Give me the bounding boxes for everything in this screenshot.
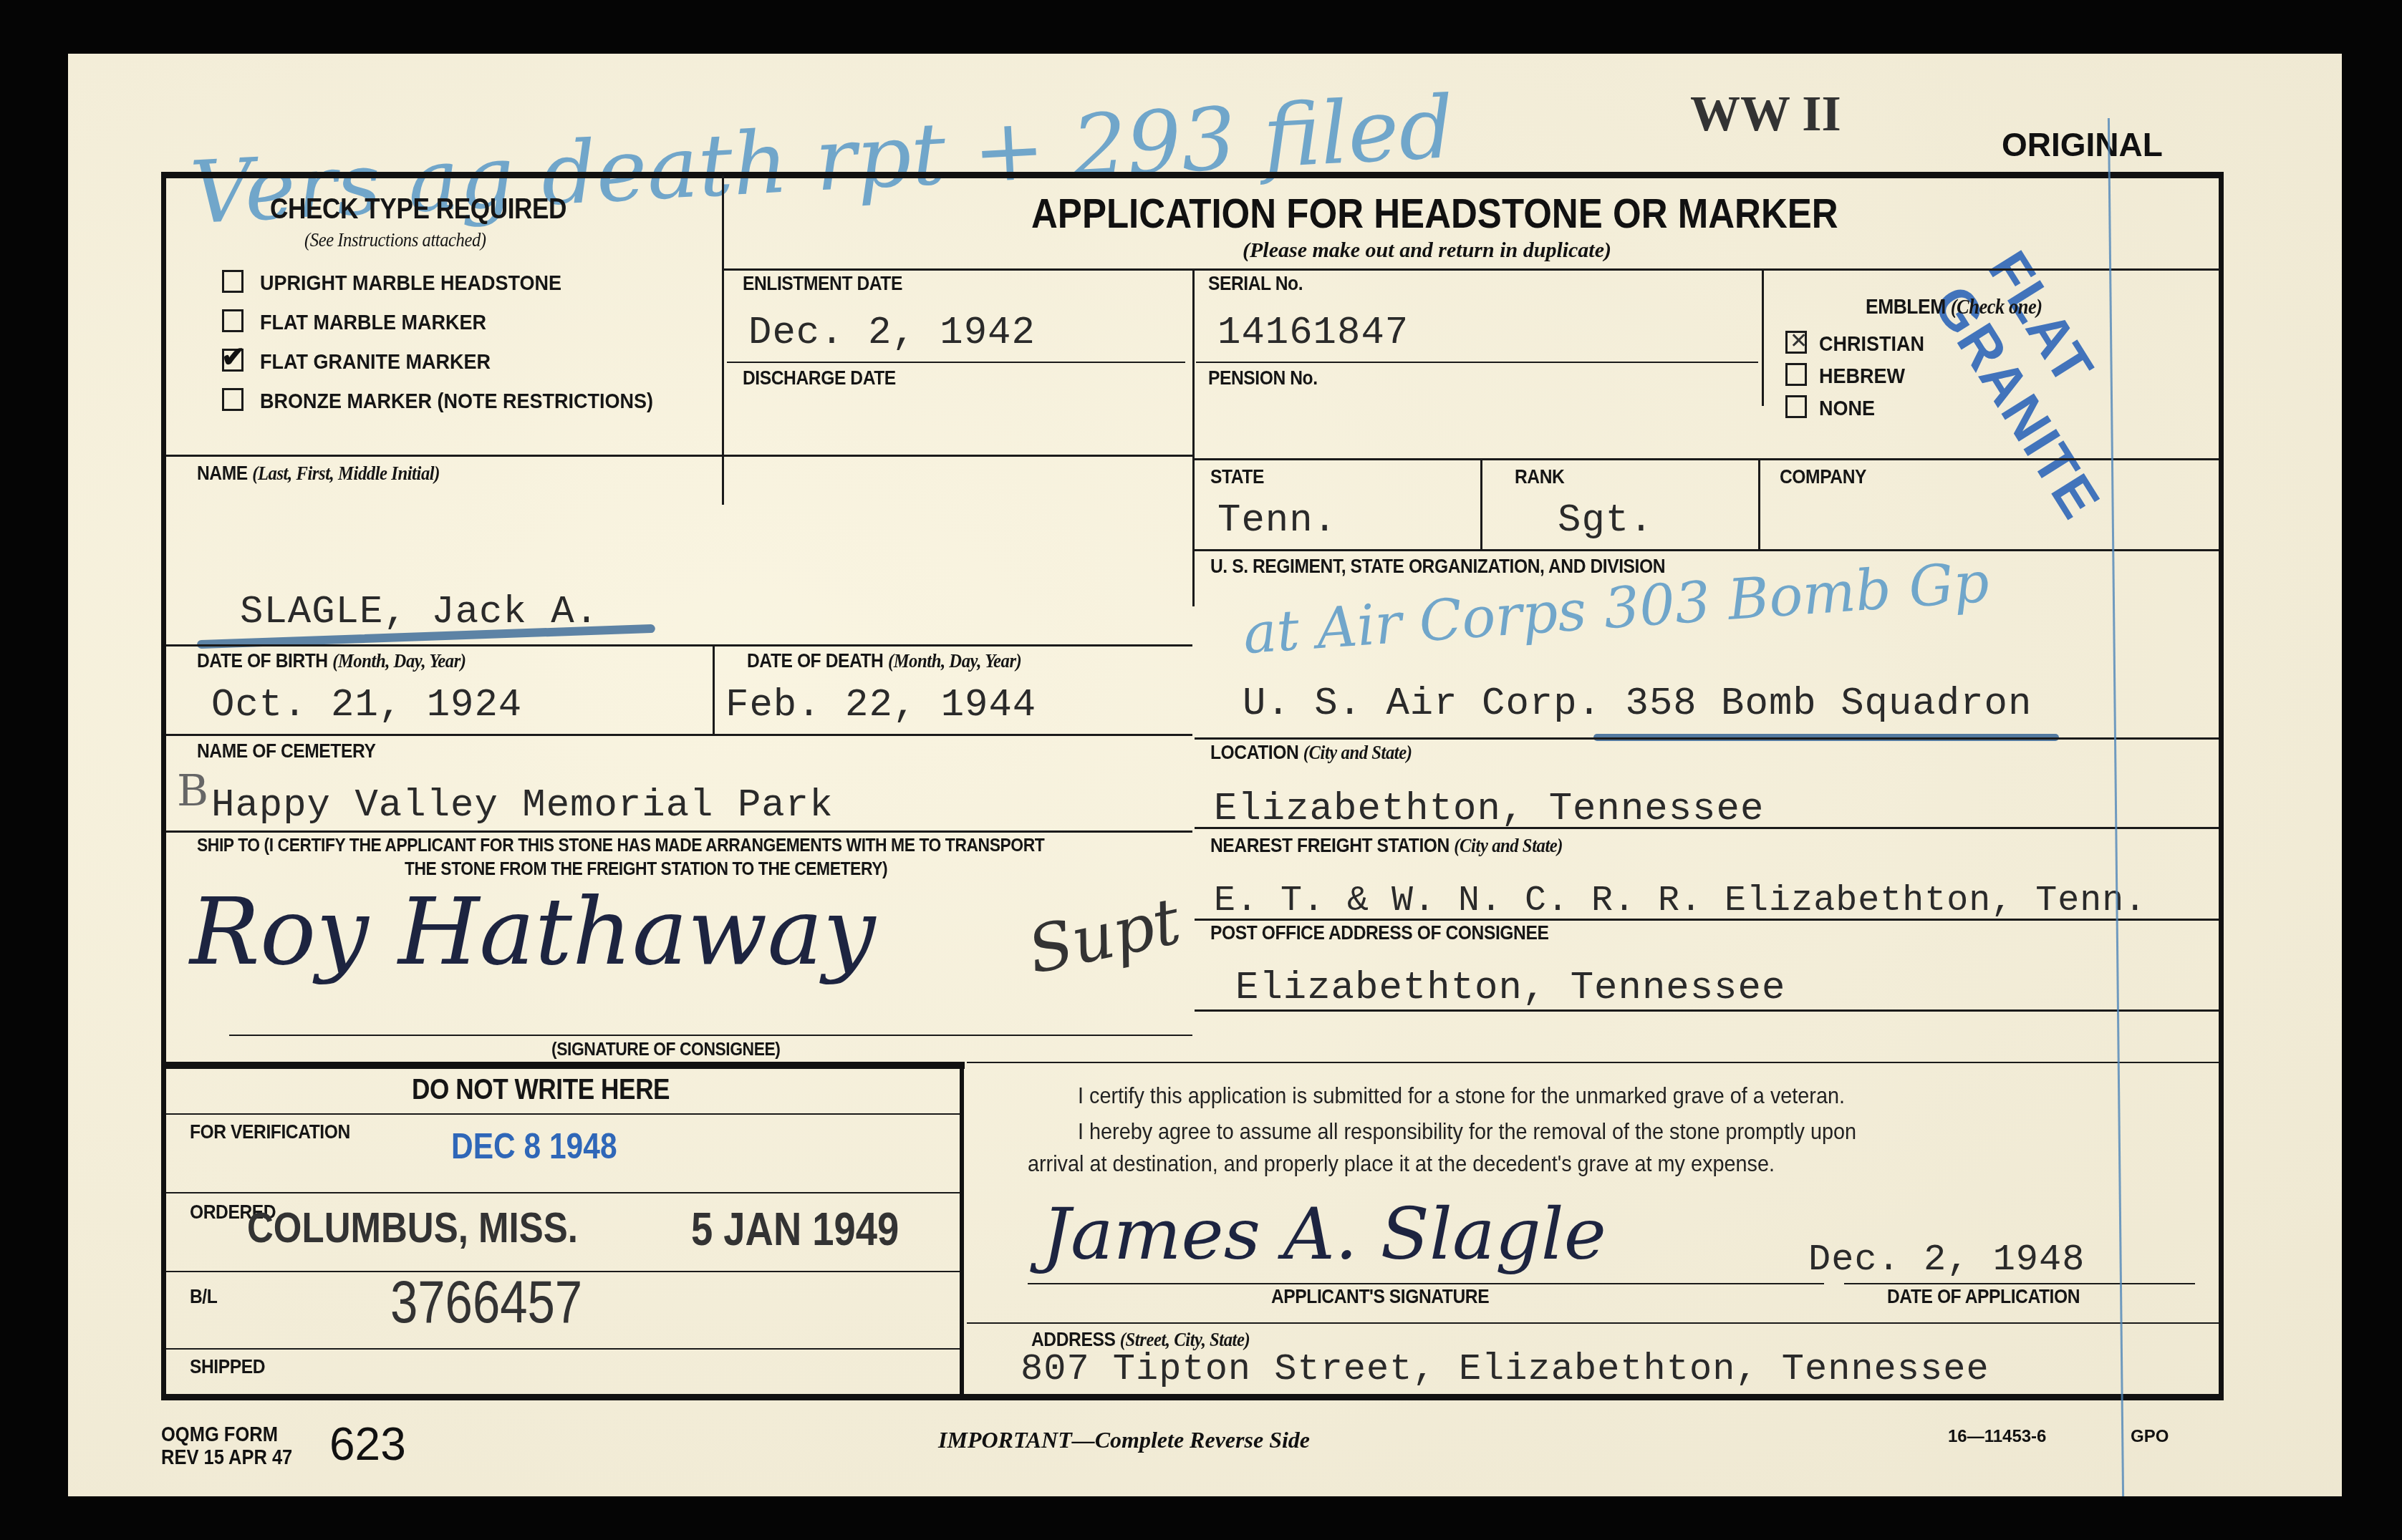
blue-pencil-line (2108, 118, 2124, 1496)
rule (727, 362, 1185, 363)
rank-label: RANK (1515, 465, 1564, 488)
checkbox-bronze[interactable] (222, 388, 243, 411)
rank-value[interactable]: Sgt. (1558, 499, 1654, 543)
rule (1028, 1283, 1824, 1284)
rule (1844, 1283, 2195, 1284)
check-type-subheading: (See Instructions attached) (304, 229, 486, 252)
form-paper: Vers ag death rpt + 293 filed WW II ORIG… (68, 54, 2342, 1496)
applicant-caption: APPLICANT'S SIGNATURE (1271, 1285, 1489, 1308)
dob-value[interactable]: Oct. 21, 1924 (211, 684, 522, 727)
office-box-top (166, 1062, 965, 1069)
company-value[interactable] (1780, 498, 2202, 541)
emblem-hebrew: HEBREW (1819, 364, 1905, 389)
applicant-signature[interactable]: James A. Slagle (1042, 1192, 1606, 1276)
rule (166, 1348, 960, 1350)
state-label: STATE (1210, 465, 1264, 488)
form-subtitle: (Please make out and return in duplicate… (1243, 238, 1611, 263)
rule (166, 830, 1192, 833)
discharge-label: DISCHARGE DATE (743, 367, 896, 389)
checkbox-flat-marble[interactable] (222, 309, 243, 332)
form-id: OQMG FORM REV 15 APR 47 (161, 1423, 292, 1469)
frame-right (2219, 175, 2224, 1400)
form-id-line2: REV 15 APR 47 (161, 1446, 292, 1469)
checkbox-hebrew[interactable] (1785, 363, 1807, 386)
form-number: 623 (329, 1418, 406, 1471)
signature-caption: (SIGNATURE OF CONSIGNEE) (551, 1038, 781, 1060)
cert-line-3: arrival at destination, and properly pla… (1028, 1151, 1775, 1177)
location-value[interactable]: Elizabethton, Tennessee (1214, 788, 1764, 831)
emblem-none: NONE (1819, 397, 1875, 421)
frame-top (161, 172, 2224, 178)
print-code: 16—11453-6 (1948, 1427, 2046, 1447)
discharge-value[interactable] (748, 397, 1178, 440)
verification-label: FOR VERIFICATION (190, 1120, 350, 1143)
ww-stamp: WW II (1690, 86, 1841, 143)
emblem-christian: CHRISTIAN (1819, 332, 1924, 357)
divider-dod (713, 644, 715, 734)
freight-label: NEAREST FREIGHT STATION (City and State) (1210, 834, 1563, 858)
x-mark-icon: ✕ (1790, 329, 1808, 354)
post-office-label: POST OFFICE ADDRESS OF CONSIGNEE (1210, 921, 1548, 944)
rule (229, 1035, 1192, 1036)
rule (1195, 919, 2219, 921)
rule (967, 1062, 2219, 1063)
enlistment-label: ENLISTMENT DATE (743, 272, 902, 295)
bl-value: 3766457 (390, 1267, 582, 1337)
name-label: NAME (Last, First, Middle Initial) (197, 462, 440, 485)
cemetery-value[interactable]: Happy Valley Memorial Park (211, 784, 834, 828)
rule (967, 1322, 2219, 1324)
option-bronze: BRONZE MARKER (NOTE RESTRICTIONS) (260, 389, 653, 414)
form-id-line1: OQMG FORM (161, 1423, 292, 1446)
regiment-value[interactable]: U. S. Air Corp. 358 Bomb Squadron (1243, 682, 2032, 726)
application-date-caption: DATE OF APPLICATION (1887, 1285, 2080, 1308)
bl-label: B/L (190, 1285, 217, 1308)
consignee-signature[interactable]: Roy Hathaway (190, 877, 875, 986)
application-date-value[interactable]: Dec. 2, 1948 (1808, 1239, 2085, 1281)
rule (1196, 362, 1758, 363)
rule (1195, 549, 2219, 551)
title-underline (723, 268, 2220, 271)
ordered-date-stamp: 5 JAN 1949 (691, 1203, 899, 1256)
original-label: ORIGINAL (2002, 125, 2163, 164)
divider-rank (1480, 460, 1482, 549)
serial-value[interactable]: 14161847 (1217, 311, 1409, 355)
rule (166, 644, 1192, 646)
office-box-right (960, 1062, 964, 1398)
rule (1195, 1009, 2219, 1012)
post-office-value[interactable]: Elizabethton, Tennessee (1235, 967, 1785, 1010)
checkbox-flat-granite[interactable]: ✔ (222, 349, 243, 372)
shipped-label: SHIPPED (190, 1355, 265, 1378)
dod-value[interactable]: Feb. 22, 1944 (725, 684, 1036, 727)
divider-emblem (1762, 270, 1764, 406)
state-value[interactable]: Tenn. (1217, 499, 1337, 543)
cemetery-margin-mark: B (177, 766, 208, 816)
important-note: IMPORTANT—Complete Reverse Side (938, 1427, 1310, 1453)
divider-company (1758, 460, 1760, 549)
rule (166, 1113, 960, 1115)
address-value[interactable]: 807 Tipton Street, Elizabethton, Tenness… (1021, 1348, 1989, 1390)
check-type-heading: CHECK TYPE REQUIRED (270, 193, 566, 226)
freight-value[interactable]: E. T. & W. N. C. R. R. Elizabethton, Ten… (1214, 881, 2146, 921)
dob-label: DATE OF BIRTH (Month, Day, Year) (197, 649, 466, 673)
rule (1195, 458, 2219, 460)
option-upright-marble: UPRIGHT MARBLE HEADSTONE (260, 271, 561, 296)
rule (166, 1192, 960, 1193)
rule (1195, 827, 2219, 829)
frame-left (161, 172, 166, 1400)
regiment-label: U. S. REGIMENT, STATE ORGANIZATION, AND … (1210, 555, 1665, 578)
cemetery-label: NAME OF CEMETERY (197, 740, 375, 762)
rule (166, 455, 1192, 457)
checkmark-icon: ✔ (221, 341, 246, 374)
dod-label: DATE OF DEATH (Month, Day, Year) (747, 649, 1021, 673)
checkbox-christian[interactable]: ✕ (1785, 331, 1807, 354)
frame-bottom (161, 1394, 2224, 1400)
consignee-title-mark: Supt (1021, 883, 1187, 989)
cert-line-1: I certify this application is submitted … (1078, 1083, 1845, 1109)
location-label: LOCATION (City and State) (1210, 741, 1412, 765)
checkbox-upright-marble[interactable] (222, 270, 243, 293)
option-flat-marble: FLAT MARBLE MARKER (260, 311, 486, 335)
printer-code: GPO (2131, 1427, 2169, 1447)
option-flat-granite: FLAT GRANITE MARKER (260, 350, 491, 374)
pension-value[interactable] (1217, 397, 1747, 440)
enlistment-value[interactable]: Dec. 2, 1942 (748, 311, 1036, 355)
office-heading: DO NOT WRITE HERE (412, 1074, 670, 1106)
rule (1195, 737, 2219, 740)
rule (166, 734, 1192, 736)
pension-label: PENSION No. (1208, 367, 1318, 389)
form-title: APPLICATION FOR HEADSTONE OR MARKER (1031, 190, 1838, 238)
verification-stamp: DEC 8 1948 (451, 1125, 617, 1167)
ordered-place-stamp: COLUMBUS, MISS. (247, 1203, 578, 1252)
divider-mid (1192, 270, 1195, 606)
serial-label: SERIAL No. (1208, 272, 1303, 295)
emblem-heading: EMBLEM (Check one) (1866, 295, 2042, 319)
cert-line-2: I hereby agree to assume all responsibil… (1078, 1118, 1856, 1145)
ship-to-label: SHIP TO (I CERTIFY THE APPLICANT FOR THI… (197, 834, 1044, 856)
checkbox-none[interactable] (1785, 395, 1807, 418)
company-label: COMPANY (1780, 465, 1866, 488)
